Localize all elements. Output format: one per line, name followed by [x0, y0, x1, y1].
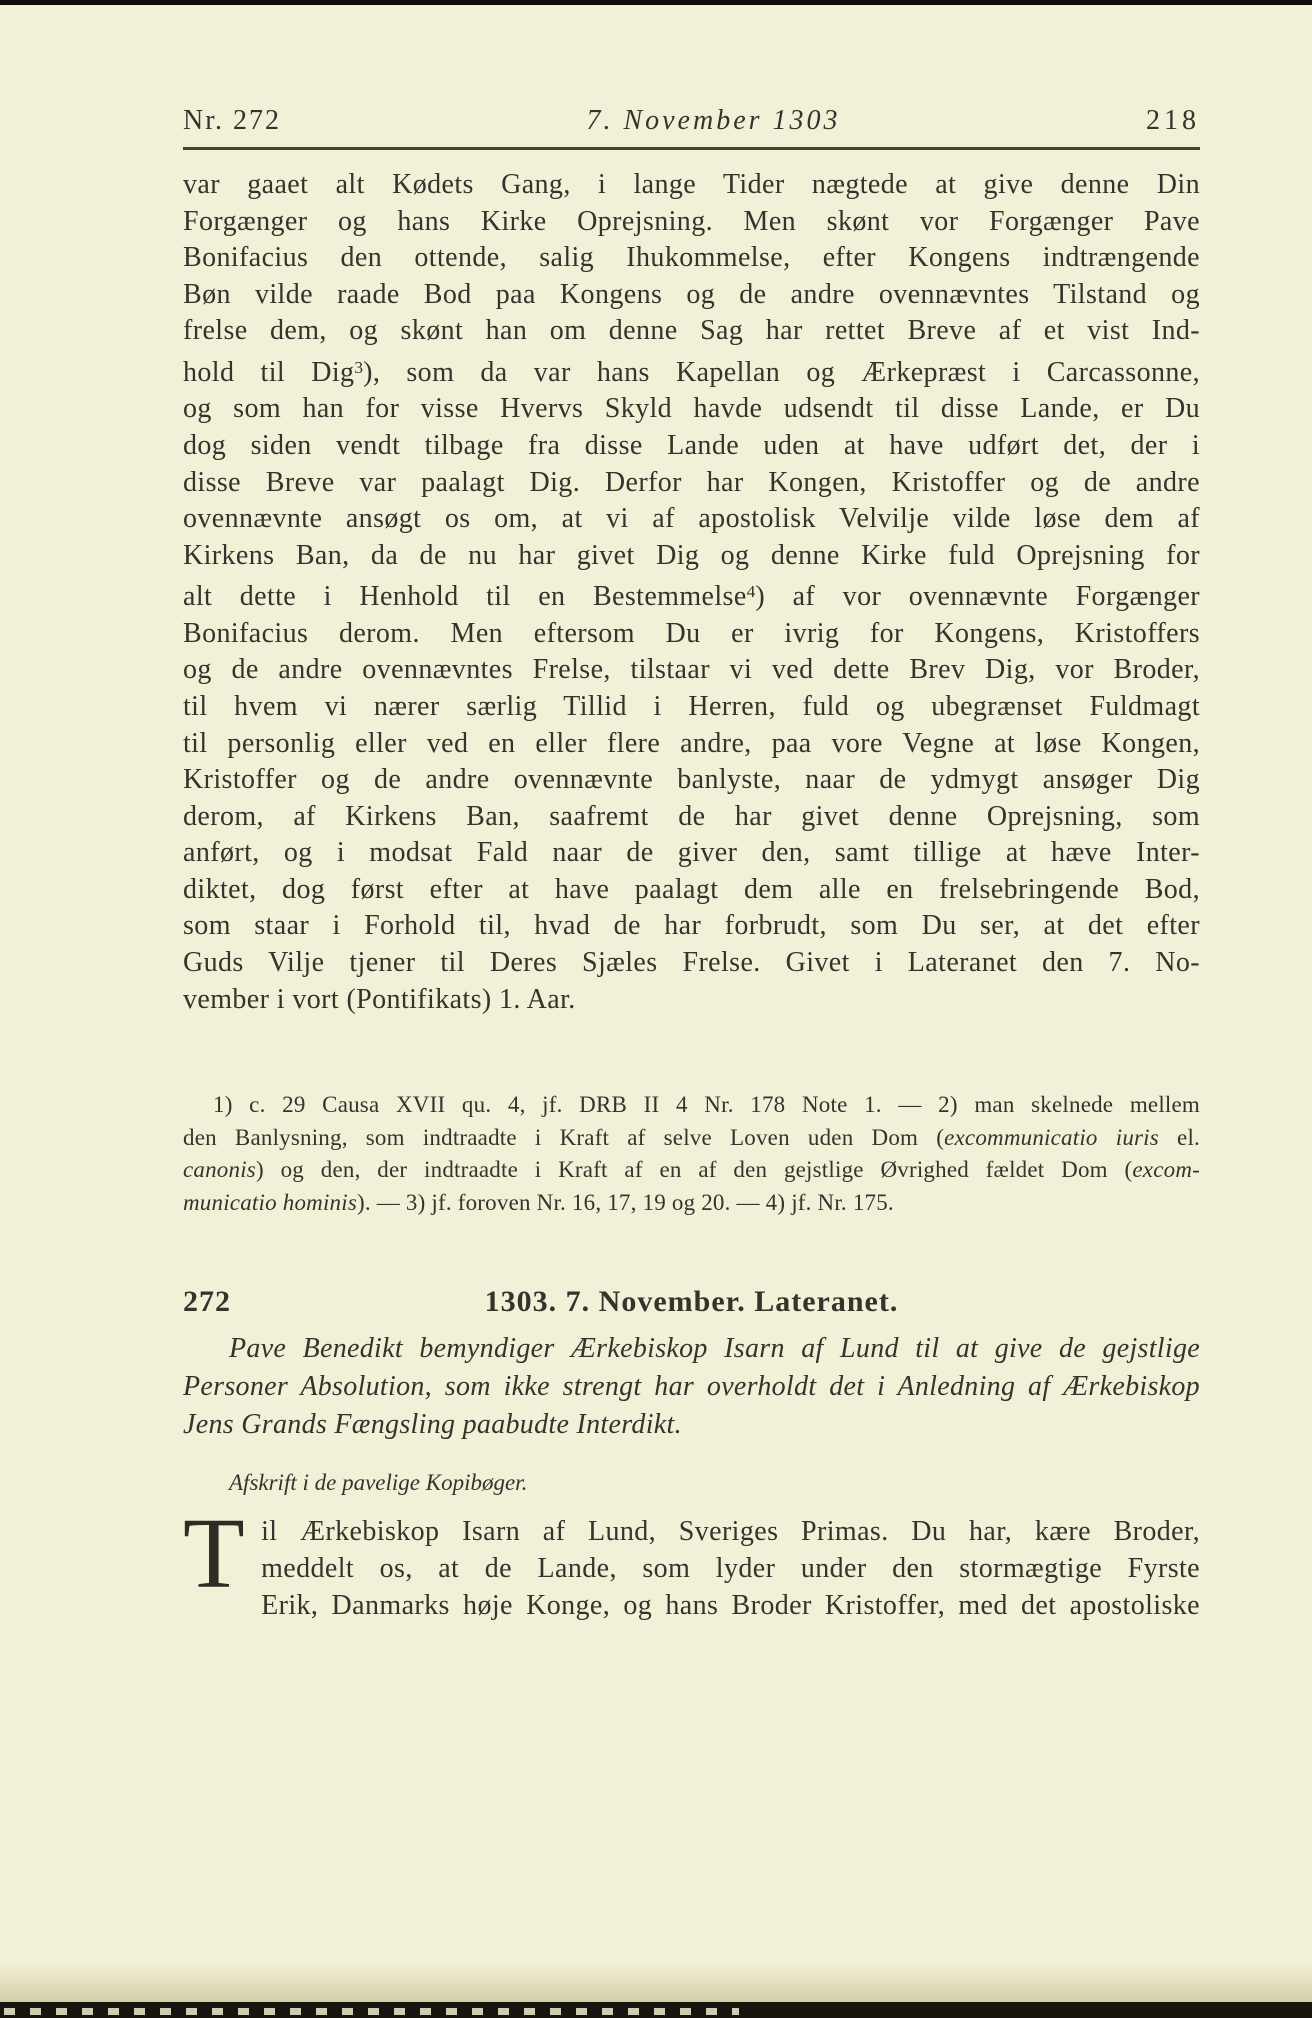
footnote-block: 1) c. 29 Causa XVII qu. 4, jf. DRB II 4 …: [183, 1089, 1200, 1219]
text-line: municatio hominis). — 3) jf. foroven Nr.…: [183, 1187, 1200, 1220]
page-bottom-shadow: [0, 1962, 1312, 2002]
text-segment: diktet, dog først efter at have paalagt …: [183, 874, 1200, 905]
page-header: Nr. 272 7. November 1303 218: [183, 104, 1200, 150]
entry-paragraph: T il Ærkebiskop Isarn af Lund, Sveriges …: [183, 1513, 1200, 1624]
text-line: til personlig eller ved en eller flere a…: [183, 726, 1200, 763]
entry-number: 272: [183, 1284, 231, 1320]
text-segment: ovennævnte ansøgt os om, at vi af aposto…: [183, 503, 1200, 534]
header-page-number: 218: [1146, 104, 1200, 138]
entry-heading-title: 1303. 7. November. Lateranet.: [183, 1284, 1200, 1320]
text-line: og de andre ovennævntes Frelse, tilstaar…: [183, 652, 1200, 689]
text-segment: til personlig eller ved en eller flere a…: [183, 728, 1200, 759]
text-line: diktet, dog først efter at have paalagt …: [183, 872, 1200, 909]
text-line: il Ærkebiskop Isarn af Lund, Sveriges Pr…: [183, 1513, 1200, 1550]
text-line: Personer Absolution, som ikke strengt ha…: [183, 1368, 1200, 1406]
text-line: Bonifacius den ottende, salig Ihukommels…: [183, 240, 1200, 277]
text-line: og som han for visse Hvervs Skyld havde …: [183, 391, 1200, 428]
header-date: 7. November 1303: [281, 104, 1146, 138]
text-line: var gaaet alt Kødets Gang, i lange Tider…: [183, 167, 1200, 204]
text-line: anført, og i modsat Fald naar de giver d…: [183, 835, 1200, 872]
text-line: Jens Grands Fængsling paabudte Interdikt…: [183, 1406, 1200, 1444]
text-line: derom, af Kirkens Ban, saafremt de har g…: [183, 799, 1200, 836]
text-segment: excom-: [1132, 1157, 1200, 1182]
text-line: Erik, Danmarks høje Konge, og hans Brode…: [183, 1587, 1200, 1624]
text-segment: ) af vor ovennævnte Forgænger: [755, 581, 1200, 612]
text-line: dog siden vendt tilbage fra disse Lande …: [183, 428, 1200, 465]
entry-summary: Pave Benedikt bemyndiger Ærkebiskop Isar…: [183, 1330, 1200, 1444]
text-segment: og de andre ovennævntes Frelse, tilstaar…: [183, 654, 1200, 685]
text-line: disse Breve var paalagt Dig. Derfor har …: [183, 465, 1200, 502]
text-line: Kristoffer og de andre ovennævnte banlys…: [183, 762, 1200, 799]
text-segment: vember i vort (Pontifikats) 1. Aar.: [183, 984, 576, 1015]
text-segment: ), som da var hans Kapellan og Ærkepræst…: [363, 357, 1200, 388]
footnote-marker: 3: [354, 358, 363, 377]
dropcap-letter: T: [183, 1516, 245, 1591]
text-segment: Pave Benedikt bemyndiger Ærkebiskop Isar…: [229, 1333, 1200, 1364]
text-segment: hold til Dig: [183, 357, 354, 388]
text-line: 1) c. 29 Causa XVII qu. 4, jf. DRB II 4 …: [183, 1089, 1200, 1122]
text-line: Bøn vilde raade Bod paa Kongens og de an…: [183, 277, 1200, 314]
text-line: som staar i Forhold til, hvad de har for…: [183, 908, 1200, 945]
text-segment: den Banlysning, som indtraadte i Kraft a…: [183, 1125, 944, 1150]
text-segment: Kirkens Ban, da de nu har givet Dig og d…: [183, 540, 1200, 571]
text-line: Pave Benedikt bemyndiger Ærkebiskop Isar…: [183, 1330, 1200, 1368]
text-segment: alt dette i Henhold til en Bestemmelse: [183, 581, 747, 612]
text-segment: el.: [1159, 1125, 1200, 1150]
text-segment: Bonifacius den ottende, salig Ihukommels…: [183, 242, 1200, 273]
text-segment: 1) c. 29 Causa XVII qu. 4, jf. DRB II 4 …: [213, 1092, 1200, 1117]
text-segment: var gaaet alt Kødets Gang, i lange Tider…: [183, 169, 1200, 200]
entry-heading: 272 1303. 7. November. Lateranet.: [183, 1284, 1200, 1320]
text-line: Guds Vilje tjener til Deres Sjæles Frels…: [183, 945, 1200, 982]
text-segment: Bøn vilde raade Bod paa Kongens og de an…: [183, 279, 1200, 310]
page-bottom-edge: [0, 2002, 1312, 2018]
text-segment: Guds Vilje tjener til Deres Sjæles Frels…: [183, 947, 1200, 978]
text-segment: Personer Absolution, som ikke strengt ha…: [183, 1371, 1200, 1402]
header-entry-number: Nr. 272: [183, 104, 281, 138]
text-segment: Bonifacius derom. Men eftersom Du er ivr…: [183, 618, 1200, 649]
text-segment: ). — 3) jf. foroven Nr. 16, 17, 19 og 20…: [357, 1190, 894, 1215]
text-segment: til hvem vi nærer særlig Tillid i Herren…: [183, 691, 1200, 722]
page-content: Nr. 272 7. November 1303 218 var gaaet a…: [183, 0, 1200, 1624]
text-segment: og som han for visse Hvervs Skyld havde …: [183, 393, 1200, 424]
text-segment: derom, af Kirkens Ban, saafremt de har g…: [183, 801, 1200, 832]
text-segment: Forgænger og hans Kirke Oprejsning. Men …: [183, 206, 1200, 237]
text-line: Forgænger og hans Kirke Oprejsning. Men …: [183, 204, 1200, 241]
entry-source-note: Afskrift i de pavelige Kopibøger.: [183, 1468, 1200, 1498]
text-segment: Kristoffer og de andre ovennævnte banlys…: [183, 764, 1200, 795]
text-line: ovennævnte ansøgt os om, at vi af aposto…: [183, 501, 1200, 538]
text-line: Kirkens Ban, da de nu har givet Dig og d…: [183, 538, 1200, 575]
text-segment: dog siden vendt tilbage fra disse Lande …: [183, 430, 1200, 461]
text-segment: anført, og i modsat Fald naar de giver d…: [183, 837, 1200, 868]
text-segment: Jens Grands Fængsling paabudte Interdikt…: [183, 1409, 682, 1440]
text-line: vember i vort (Pontifikats) 1. Aar.: [183, 982, 1200, 1019]
text-segment: excommunicatio iuris: [944, 1125, 1159, 1150]
text-line: hold til Dig3), som da var hans Kapellan…: [183, 350, 1200, 391]
text-segment: canonis: [183, 1157, 256, 1182]
text-segment: som staar i Forhold til, hvad de har for…: [183, 910, 1200, 941]
text-line: Bonifacius derom. Men eftersom Du er ivr…: [183, 616, 1200, 653]
body-paragraph: var gaaet alt Kødets Gang, i lange Tider…: [183, 167, 1200, 1018]
text-segment: municatio hominis: [183, 1190, 357, 1215]
text-line: alt dette i Henhold til en Bestemmelse4)…: [183, 574, 1200, 615]
text-segment: frelse dem, og skønt han om denne Sag ha…: [183, 315, 1200, 346]
text-segment: ) og den, der indtraadte i Kraft af en a…: [256, 1157, 1132, 1182]
text-line: canonis) og den, der indtraadte i Kraft …: [183, 1154, 1200, 1187]
text-line: til hvem vi nærer særlig Tillid i Herren…: [183, 689, 1200, 726]
text-line: den Banlysning, som indtraadte i Kraft a…: [183, 1122, 1200, 1155]
text-line: frelse dem, og skønt han om denne Sag ha…: [183, 313, 1200, 350]
book-page: Nr. 272 7. November 1303 218 var gaaet a…: [0, 0, 1312, 2018]
text-segment: disse Breve var paalagt Dig. Derfor har …: [183, 467, 1200, 498]
text-line: meddelt os, at de Lande, som lyder under…: [183, 1550, 1200, 1587]
